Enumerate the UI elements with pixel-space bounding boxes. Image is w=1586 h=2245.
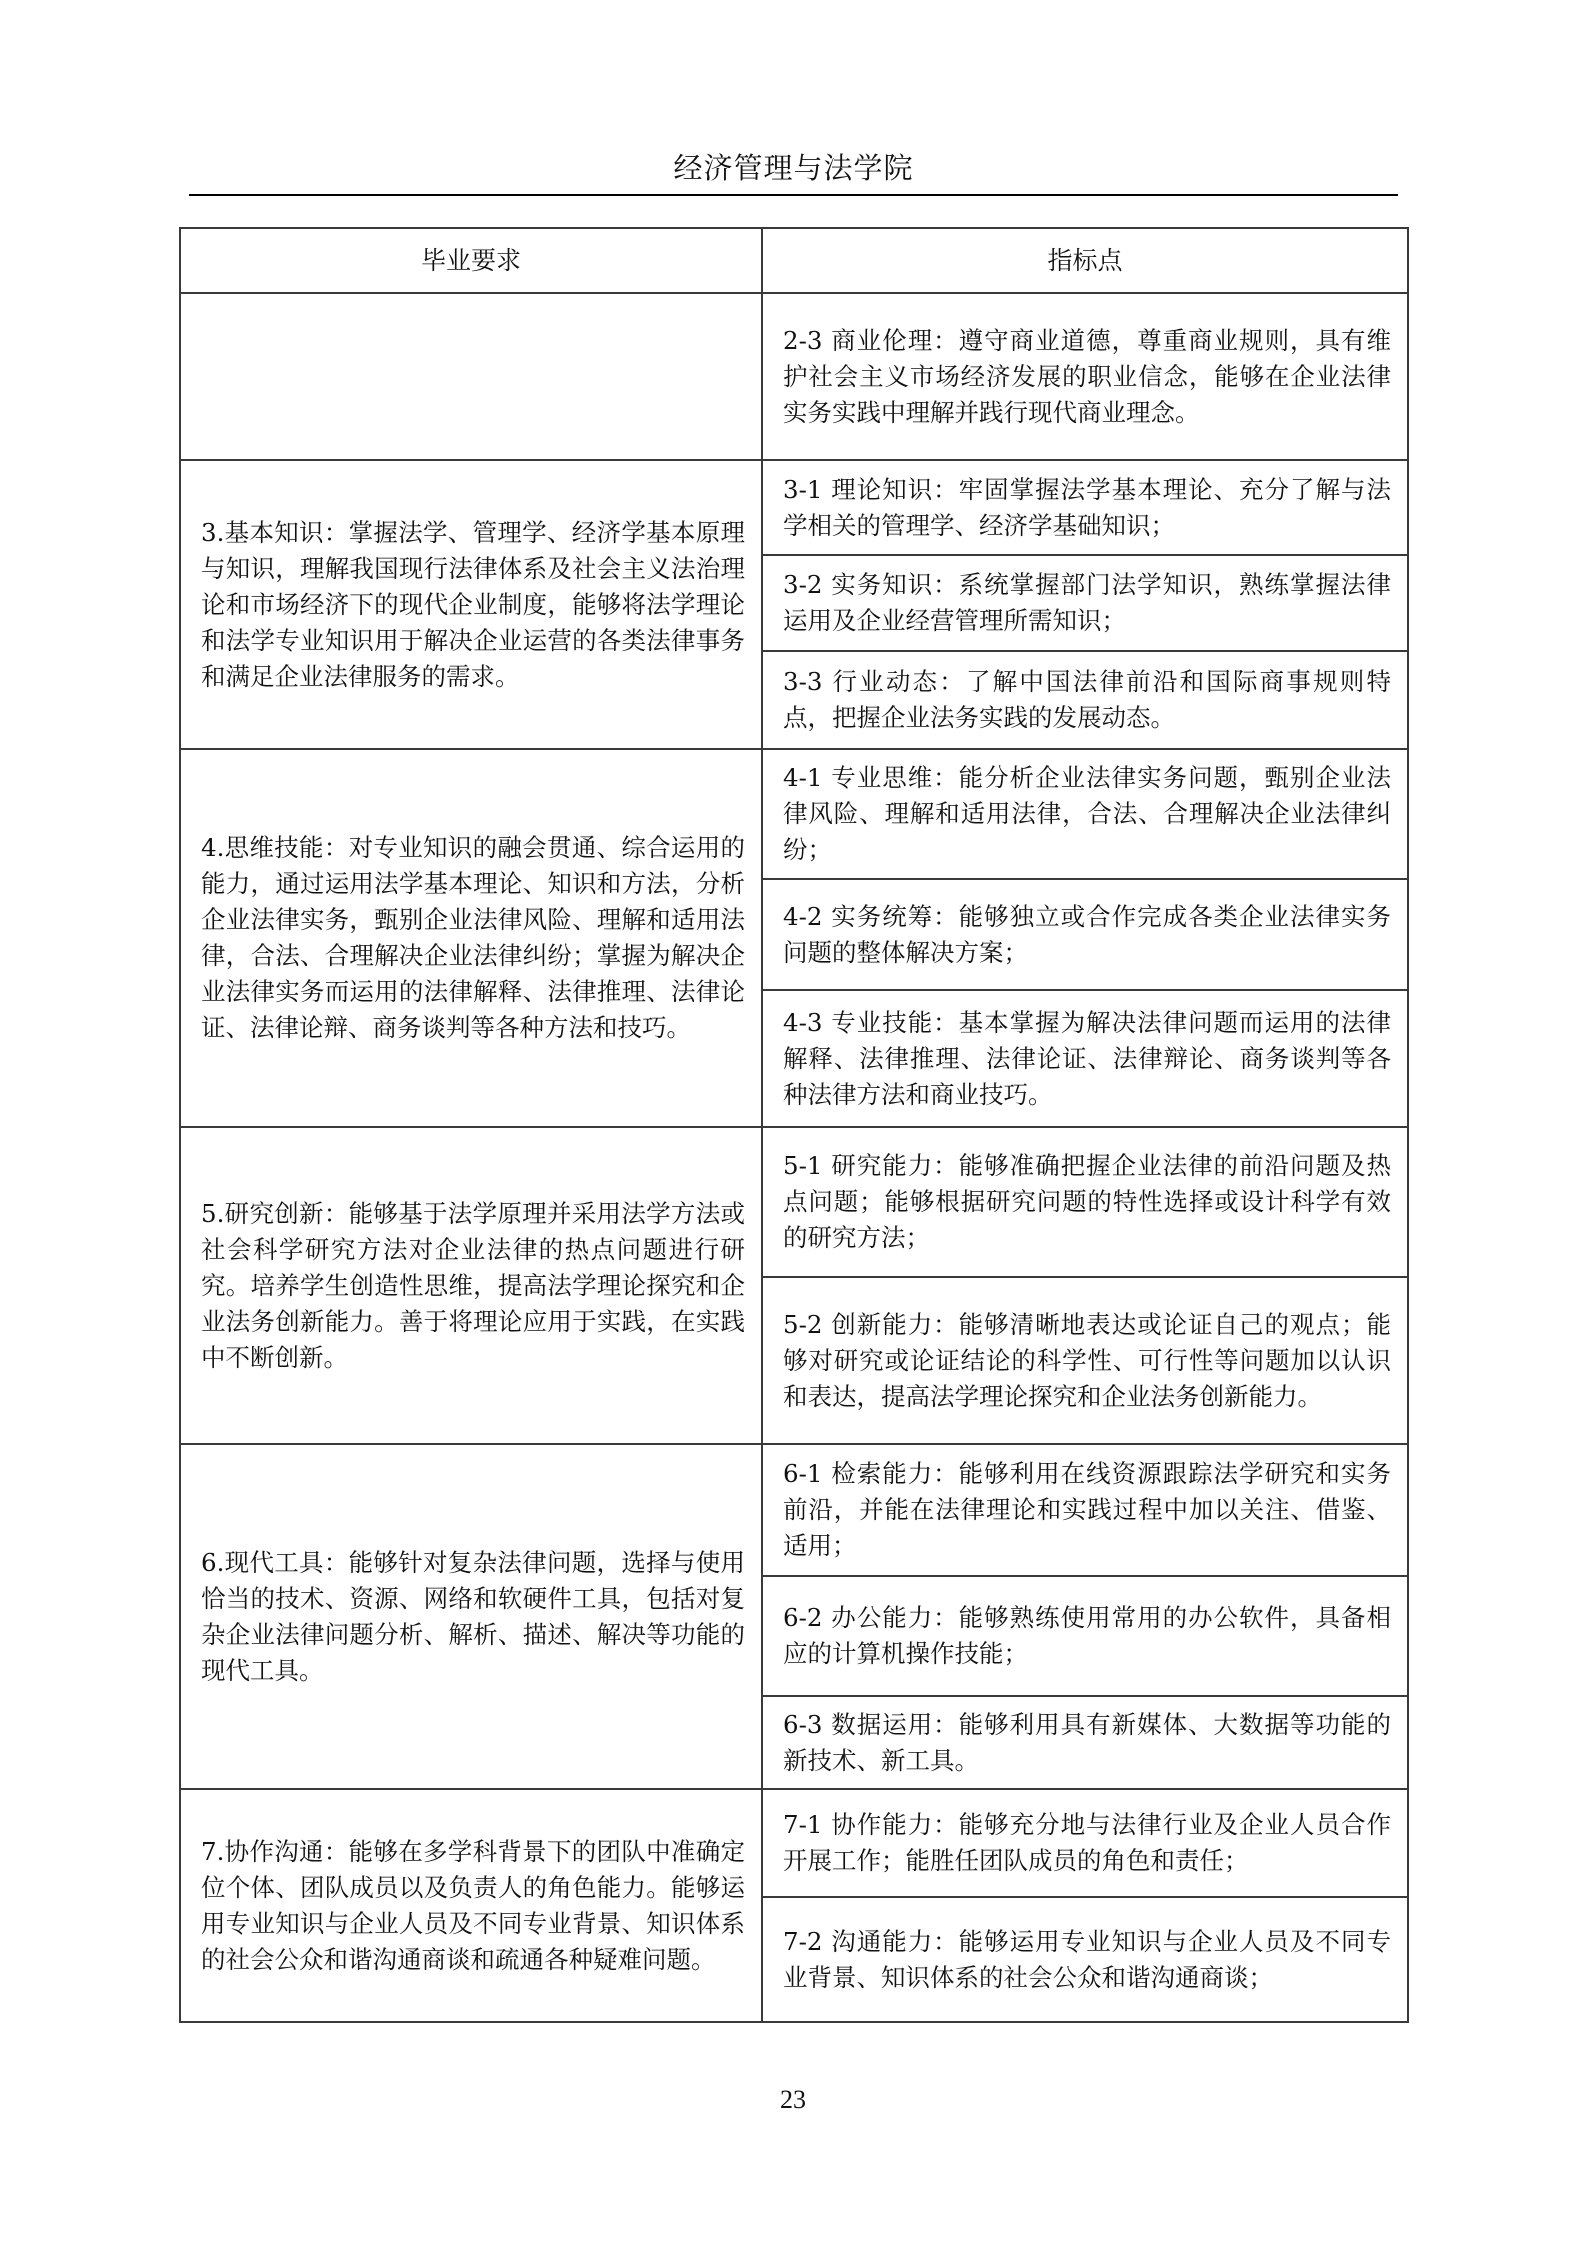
indicator-text: 7-1 协作能力：能够充分地与法律行业及企业人员合作开展工作；能胜任团队成员的角… [783, 1807, 1391, 1879]
indicator-text: 3-2 实务知识：系统掌握部门法学知识，熟练掌握法律运用及企业经营管理所需知识； [783, 567, 1391, 639]
indicator-cell: 3-2 实务知识：系统掌握部门法学知识，熟练掌握法律运用及企业经营管理所需知识； [762, 555, 1408, 651]
column-header-requirement: 毕业要求 [180, 228, 762, 293]
indicator-text: 2-3 商业伦理：遵守商业道德，尊重商业规则，具有维护社会主义市场经济发展的职业… [783, 323, 1391, 431]
requirement-text: 3.基本知识：掌握法学、管理学、经济学基本原理与知识，理解我国现行法律体系及社会… [201, 515, 745, 695]
indicator-text: 6-3 数据运用：能够利用具有新媒体、大数据等功能的新技术、新工具。 [783, 1707, 1391, 1779]
table-header-row: 毕业要求 指标点 [180, 228, 1408, 293]
indicator-cell: 4-2 实务统筹：能够独立或合作完成各类企业法律实务问题的整体解决方案； [762, 879, 1408, 990]
indicator-cell: 3-1 理论知识：牢固掌握法学基本理论、充分了解与法学相关的管理学、经济学基础知… [762, 460, 1408, 555]
indicator-cell: 2-3 商业伦理：遵守商业道德，尊重商业规则，具有维护社会主义市场经济发展的职业… [762, 293, 1408, 460]
indicator-cell: 5-2 创新能力：能够清晰地表达或论证自己的观点；能够对研究或论证结论的科学性、… [762, 1277, 1408, 1444]
indicator-text: 6-2 办公能力：能够熟练使用常用的办公软件，具备相应的计算机操作技能； [783, 1600, 1391, 1672]
indicator-text: 5-2 创新能力：能够清晰地表达或论证自己的观点；能够对研究或论证结论的科学性、… [783, 1307, 1391, 1415]
requirement-cell: 4.思维技能：对专业知识的融会贯通、综合运用的能力，通过运用法学基本理论、知识和… [180, 749, 762, 1127]
requirement-text: 5.研究创新：能够基于法学原理并采用法学方法或社会科学研究方法对企业法律的热点问… [201, 1196, 745, 1376]
graduation-requirements-table: 毕业要求 指标点 2-3 商业伦理：遵守商业道德，尊重商业规则，具有维护社会主义… [179, 227, 1409, 2023]
indicator-cell: 3-3 行业动态：了解中国法律前沿和国际商事规则特点，把握企业法务实践的发展动态… [762, 651, 1408, 749]
indicator-cell: 7-2 沟通能力：能够运用专业知识与企业人员及不同专业背景、知识体系的社会公众和… [762, 1897, 1408, 2022]
indicator-text: 3-1 理论知识：牢固掌握法学基本理论、充分了解与法学相关的管理学、经济学基础知… [783, 472, 1391, 544]
requirement-cell [180, 293, 762, 460]
indicator-cell: 4-1 专业思维：能分析企业法律实务问题，甄别企业法律风险、理解和适用法律，合法… [762, 749, 1408, 879]
requirement-cell: 3.基本知识：掌握法学、管理学、经济学基本原理与知识，理解我国现行法律体系及社会… [180, 460, 762, 749]
indicator-text: 6-1 检索能力：能够利用在线资源跟踪法学研究和实务前沿，并能在法律理论和实践过… [783, 1456, 1391, 1564]
column-header-indicator: 指标点 [762, 228, 1408, 293]
indicator-cell: 6-1 检索能力：能够利用在线资源跟踪法学研究和实务前沿，并能在法律理论和实践过… [762, 1444, 1408, 1576]
page-number: 23 [0, 2085, 1586, 2115]
indicator-cell: 6-3 数据运用：能够利用具有新媒体、大数据等功能的新技术、新工具。 [762, 1696, 1408, 1789]
requirement-text: 7.协作沟通：能够在多学科背景下的团队中准确定位个体、团队成员以及负责人的角色能… [201, 1834, 745, 1978]
indicator-cell: 6-2 办公能力：能够熟练使用常用的办公软件，具备相应的计算机操作技能； [762, 1576, 1408, 1696]
requirement-text: 6.现代工具：能够针对复杂法律问题，选择与使用恰当的技术、资源、网络和软硬件工具… [201, 1545, 745, 1689]
indicator-cell: 5-1 研究能力：能够准确把握企业法律的前沿问题及热点问题；能够根据研究问题的特… [762, 1127, 1408, 1277]
requirement-cell: 7.协作沟通：能够在多学科背景下的团队中准确定位个体、团队成员以及负责人的角色能… [180, 1789, 762, 2022]
indicator-cell: 4-3 专业技能：基本掌握为解决法律问题而运用的法律解释、法律推理、法律论证、法… [762, 990, 1408, 1127]
table-row: 7.协作沟通：能够在多学科背景下的团队中准确定位个体、团队成员以及负责人的角色能… [180, 1789, 1408, 1897]
indicator-text: 5-1 研究能力：能够准确把握企业法律的前沿问题及热点问题；能够根据研究问题的特… [783, 1148, 1391, 1256]
indicator-text: 4-2 实务统筹：能够独立或合作完成各类企业法律实务问题的整体解决方案； [783, 899, 1391, 971]
indicator-text: 4-1 专业思维：能分析企业法律实务问题，甄别企业法律风险、理解和适用法律，合法… [783, 760, 1391, 868]
page-header-title: 经济管理与法学院 [189, 150, 1398, 186]
header-rule [189, 194, 1398, 196]
table-row: 6.现代工具：能够针对复杂法律问题，选择与使用恰当的技术、资源、网络和软硬件工具… [180, 1444, 1408, 1576]
requirement-cell: 6.现代工具：能够针对复杂法律问题，选择与使用恰当的技术、资源、网络和软硬件工具… [180, 1444, 762, 1789]
indicator-text: 7-2 沟通能力：能够运用专业知识与企业人员及不同专业背景、知识体系的社会公众和… [783, 1924, 1391, 1996]
indicator-cell: 7-1 协作能力：能够充分地与法律行业及企业人员合作开展工作；能胜任团队成员的角… [762, 1789, 1408, 1897]
table-row: 5.研究创新：能够基于法学原理并采用法学方法或社会科学研究方法对企业法律的热点问… [180, 1127, 1408, 1277]
requirement-text: 4.思维技能：对专业知识的融会贯通、综合运用的能力，通过运用法学基本理论、知识和… [201, 830, 745, 1046]
indicator-text: 3-3 行业动态：了解中国法律前沿和国际商事规则特点，把握企业法务实践的发展动态… [783, 664, 1391, 736]
table-row: 2-3 商业伦理：遵守商业道德，尊重商业规则，具有维护社会主义市场经济发展的职业… [180, 293, 1408, 460]
requirement-cell: 5.研究创新：能够基于法学原理并采用法学方法或社会科学研究方法对企业法律的热点问… [180, 1127, 762, 1444]
table-row: 3.基本知识：掌握法学、管理学、经济学基本原理与知识，理解我国现行法律体系及社会… [180, 460, 1408, 555]
indicator-text: 4-3 专业技能：基本掌握为解决法律问题而运用的法律解释、法律推理、法律论证、法… [783, 1005, 1391, 1113]
table-row: 4.思维技能：对专业知识的融会贯通、综合运用的能力，通过运用法学基本理论、知识和… [180, 749, 1408, 879]
